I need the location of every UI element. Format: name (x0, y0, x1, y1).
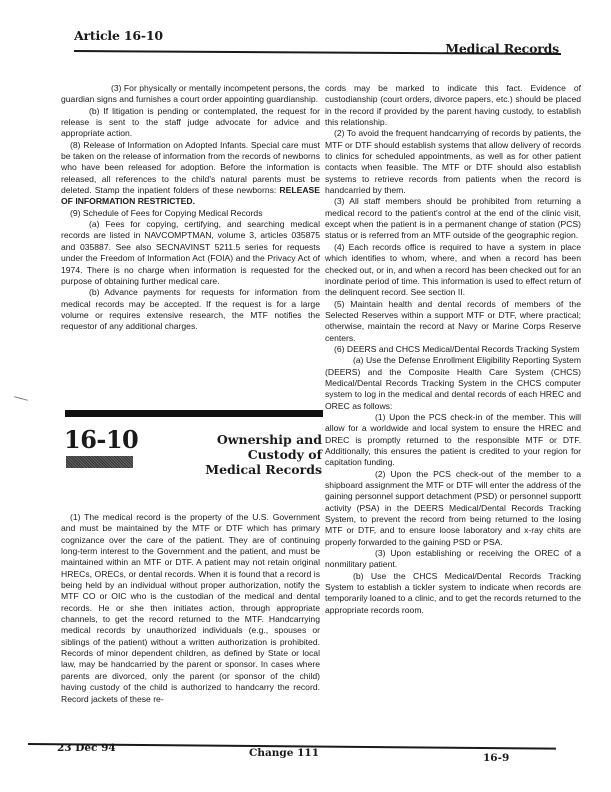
paragraph: (a) Fees for copying, certifying, and se… (61, 219, 320, 287)
paragraph: (b) If litigation is pending or contempl… (61, 106, 320, 140)
footer-change: Change 111 (249, 747, 319, 759)
section-rule-bar (65, 410, 323, 417)
paragraph: (1) Upon the PCS check-in of the member.… (325, 412, 581, 469)
paragraph: (1) The medical record is the property o… (61, 512, 320, 705)
paragraph: (b) Use the CHCS Medical/Dental Records … (325, 571, 581, 616)
paragraph: (3) Upon establishing or receiving the O… (325, 548, 581, 571)
right-column: cords may be marked to indicate this fac… (325, 83, 581, 616)
paragraph: (2) To avoid the frequent handcarrying o… (325, 128, 581, 196)
section-shaded-block (66, 456, 133, 468)
paragraph: (b) Advance payments for requests for in… (61, 287, 320, 332)
paragraph: (5) Maintain health and dental records o… (325, 299, 581, 344)
running-header-left: Article 16-10 (74, 28, 163, 43)
left-column-bottom: (1) The medical record is the property o… (61, 512, 320, 705)
paragraph: (8) Release of Information on Adopted In… (61, 140, 320, 208)
paragraph: (3) All staff members should be prohibit… (325, 196, 581, 241)
section-number: 16-10 (64, 425, 138, 454)
section-title-line: Ownership and (150, 432, 322, 447)
footer-date: 23 Dec 94 (57, 742, 116, 754)
paragraph: (9) Schedule of Fees for Copying Medical… (61, 208, 320, 219)
section-title: Ownership and Custody of Medical Records (150, 432, 322, 477)
section-title-line: Medical Records (150, 462, 322, 477)
section-title-line: Custody of (150, 447, 322, 462)
paragraph: (a) Use the Defense Enrollment Eligibili… (325, 355, 581, 412)
left-column-top: (3) For physically or mentally incompete… (61, 83, 320, 333)
paragraph: cords may be marked to indicate this fac… (325, 83, 581, 128)
paragraph: (2) Upon the PCS check-out of the member… (325, 469, 581, 548)
footer-page-number: 16-9 (483, 752, 509, 764)
paragraph: (3) For physically or mentally incompete… (61, 83, 320, 106)
paragraph: (6) DEERS and CHCS Medical/Dental Record… (325, 344, 581, 355)
margin-mark (14, 396, 28, 401)
paragraph: (4) Each records office is required to h… (325, 242, 581, 299)
